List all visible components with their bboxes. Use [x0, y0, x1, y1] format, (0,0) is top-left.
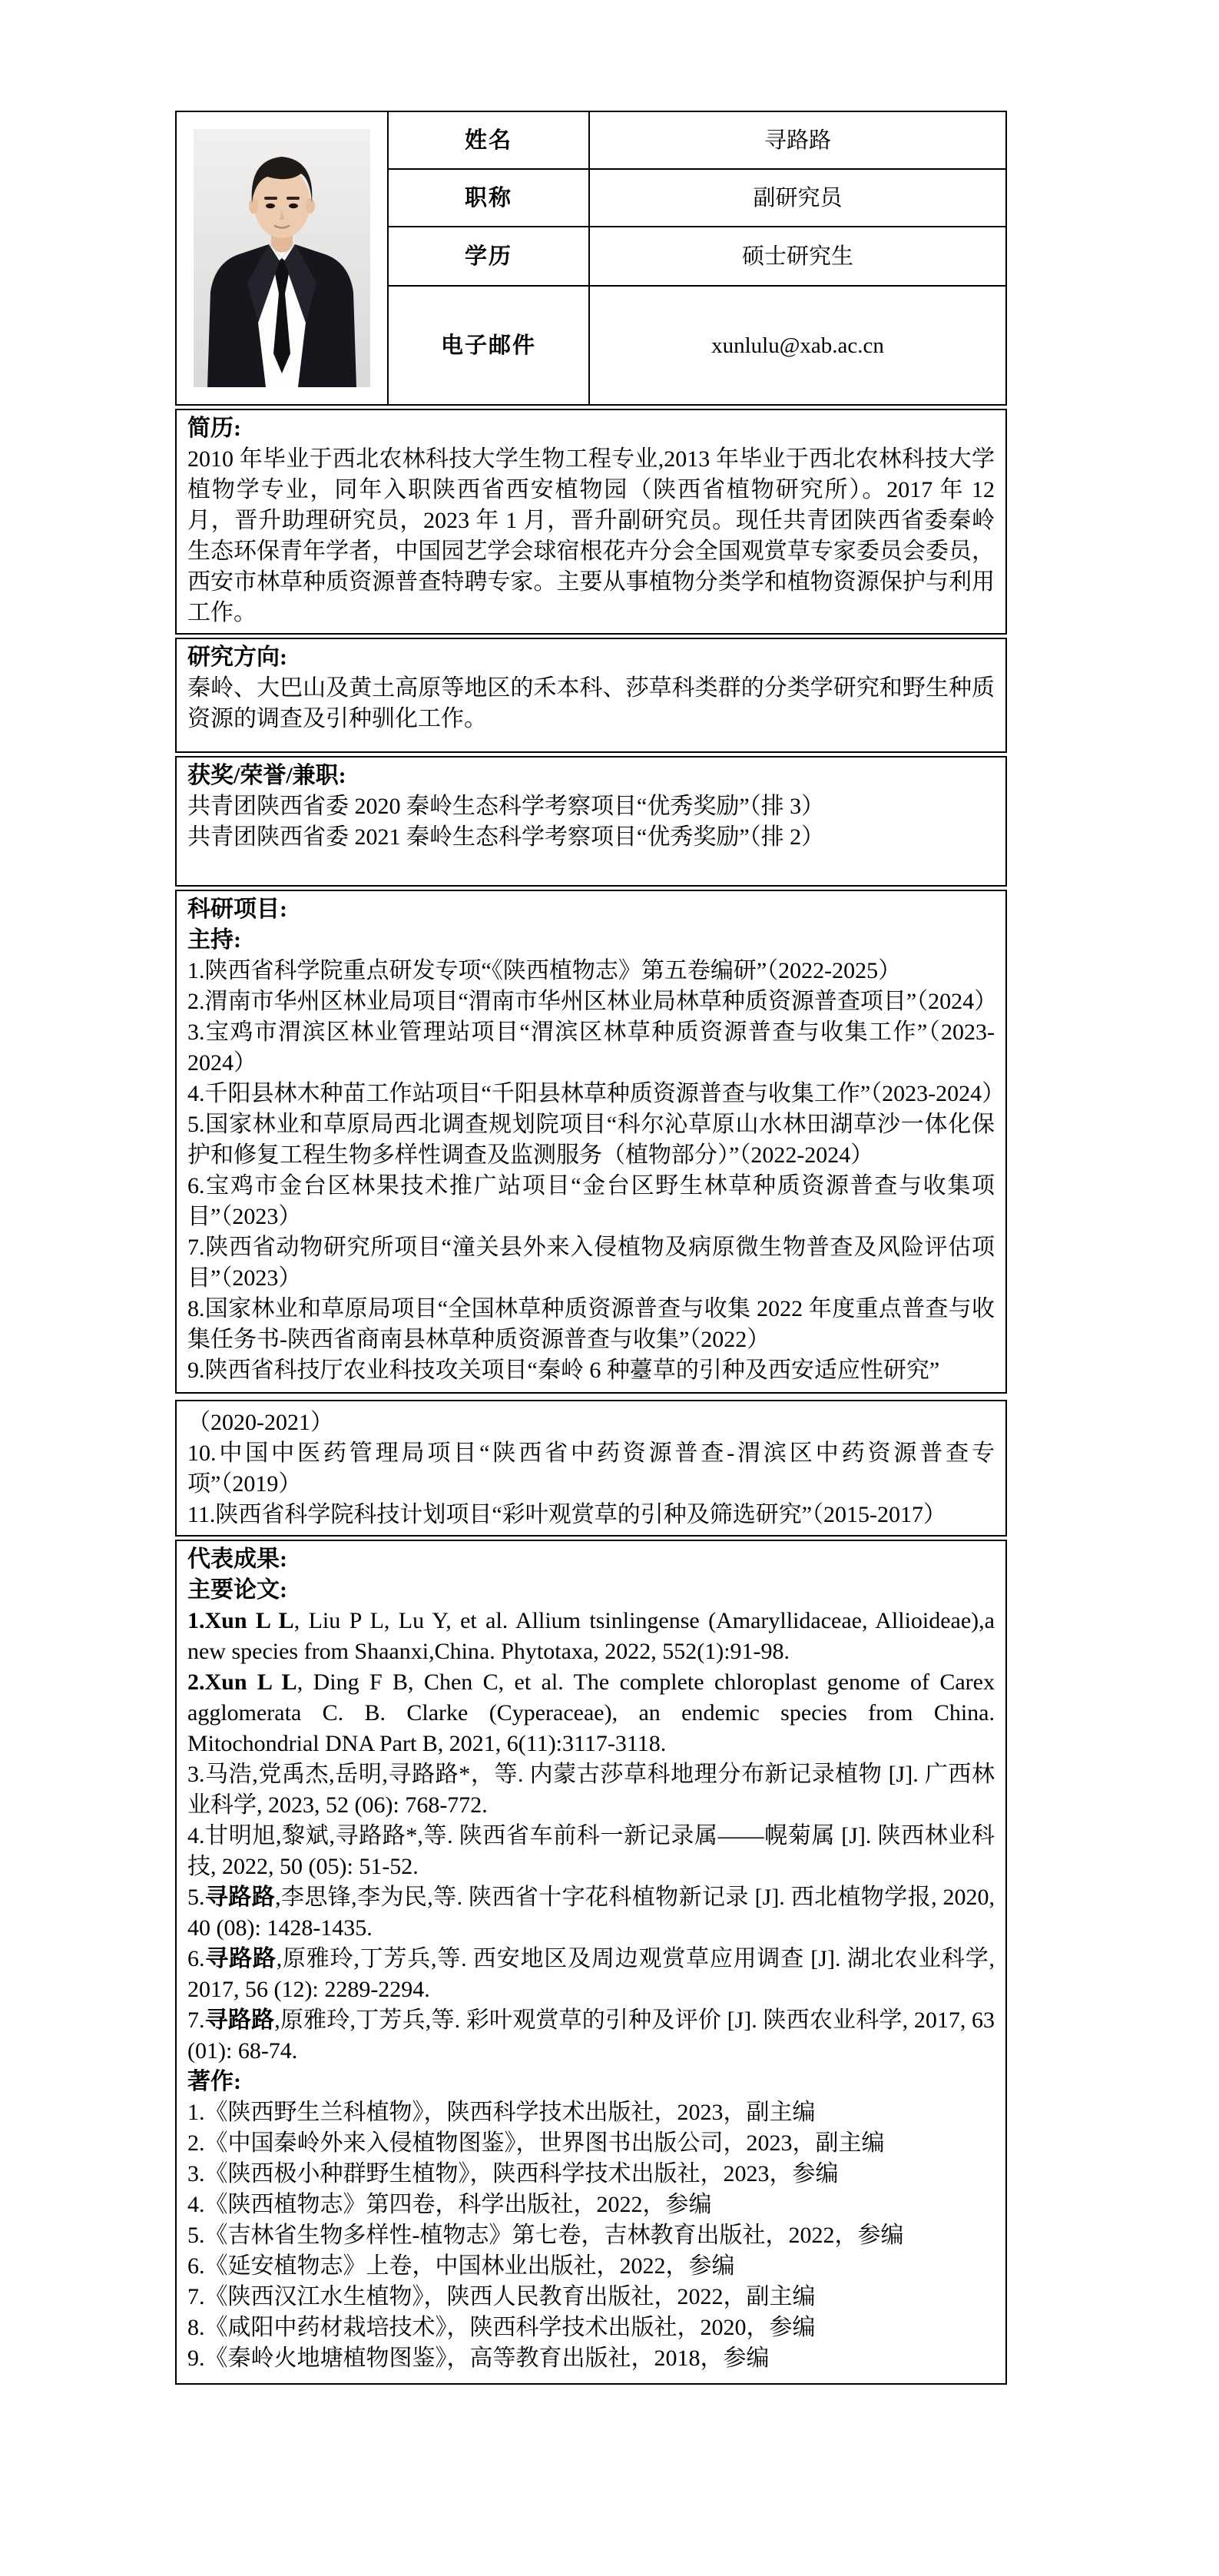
- book-item: 3.《陕西极小种群野生植物》，陕西科学技术出版社，2023，参编: [187, 2159, 995, 2190]
- research-text: 秦岭、大巴山及黄土高原等地区的禾本科、莎草科类群的分类学研究和野生种质资源的调查…: [187, 673, 995, 734]
- paper-reference: , Ding F B, Chen C, et al. The complete …: [187, 1669, 995, 1756]
- project-item: 4.千阳县林木种苗工作站项目“千阳县林草种质资源普查与收集工作”（2023-20…: [187, 1079, 995, 1109]
- book-item: 8.《咸阳中药材栽培技术》，陕西科学技术出版社，2020，参编: [187, 2312, 995, 2343]
- project-item: 9.陕西省科技厅农业科技攻关项目“秦岭 6 种薹草的引种及西安适应性研究”: [187, 1355, 995, 1386]
- field-label: 学历: [389, 227, 590, 287]
- award-item: 共青团陕西省委 2020 秦岭生态科学考察项目“优秀奖励”（排 3）: [187, 791, 995, 822]
- photo-cell: [177, 112, 389, 404]
- section-projects: 科研项目: 主持: 1.陕西省科学院重点研发专项“《陕西植物志》第五卷编研”（2…: [175, 890, 1007, 1394]
- project-item: 11.陕西省科学院科技计划项目“彩叶观赏草的引种及筛选研究”（2015-2017…: [187, 1500, 995, 1530]
- paper-authors-prefix: 6.: [187, 1946, 205, 1971]
- section-resume: 简历: 2010 年毕业于西北农林科技大学生物工程专业,2013 年毕业于西北农…: [175, 409, 1007, 635]
- paper-item: 2.Xun L L, Ding F B, Chen C, et al. The …: [187, 1667, 995, 1759]
- award-item: 共青团陕西省委 2021 秦岭生态科学考察项目“优秀奖励”（排 2）: [187, 822, 995, 853]
- paper-reference: ,原雅玲,丁芳兵,等. 彩叶观赏草的引种及评价 [J]. 陕西农业科学, 201…: [187, 2007, 995, 2064]
- paper-authors-prefix: 5.: [187, 1885, 205, 1910]
- paper-item: 5.寻路路,李思锋,李为民,等. 陕西省十字花科植物新记录 [J]. 西北植物学…: [187, 1882, 995, 1944]
- book-item: 7.《陕西汉江水生植物》，陕西人民教育出版社，2022，副主编: [187, 2282, 995, 2312]
- section-research-direction: 研究方向: 秦岭、大巴山及黄土高原等地区的禾本科、莎草科类群的分类学研究和野生种…: [175, 638, 1007, 753]
- resume-text: 2010 年毕业于西北农林科技大学生物工程专业,2013 年毕业于西北农林科技大…: [187, 444, 995, 628]
- books-list: 1.《陕西野生兰科植物》，陕西科学技术出版社，2023，副主编 2.《中国秦岭外…: [187, 2097, 995, 2374]
- paper-item: 3.马浩,党禹杰,岳明,寻路路*，等. 内蒙古莎草科地理分布新记录植物 [J].…: [187, 1759, 995, 1821]
- paper-highlight-author: 2.Xun L L: [187, 1669, 297, 1695]
- project-item: 8.国家林业和草原局项目“全国林草种质资源普查与收集 2022 年度重点普查与收…: [187, 1294, 995, 1355]
- research-title: 研究方向:: [187, 642, 995, 673]
- paper-authors-prefix: 3.马浩,党禹杰,岳明,寻路路*，等. 内蒙古莎草科地理分布新记录植物 [J].…: [187, 1762, 995, 1818]
- profile-document: 姓名 寻路路 职称 副研究员 学历 硕士研究生 电子邮件 xunlulu@xab…: [175, 111, 1007, 2385]
- field-label: 姓名: [389, 112, 590, 170]
- project-item: （2020-2021）: [187, 1407, 995, 1438]
- profile-header-table: 姓名 寻路路 职称 副研究员 学历 硕士研究生 电子邮件 xunlulu@xab…: [175, 111, 1007, 406]
- paper-reference: ,李思锋,李为民,等. 陕西省十字花科植物新记录 [J]. 西北植物学报, 20…: [187, 1885, 995, 1941]
- book-item: 4.《陕西植物志》第四卷，科学出版社，2022，参编: [187, 2190, 995, 2220]
- section-awards: 获奖/荣誉/兼职: 共青团陕西省委 2020 秦岭生态科学考察项目“优秀奖励”（…: [175, 756, 1007, 887]
- achievements-title: 代表成果:: [187, 1544, 995, 1575]
- paper-highlight-author: 1.Xun L L: [187, 1608, 294, 1633]
- paper-item: 7.寻路路,原雅玲,丁芳兵,等. 彩叶观赏草的引种及评价 [J]. 陕西农业科学…: [187, 2005, 995, 2067]
- projects-list-part1: 1.陕西省科学院重点研发专项“《陕西植物志》第五卷编研”（2022-2025） …: [187, 956, 995, 1386]
- paper-reference: , Liu P L, Lu Y, et al. Allium tsinlinge…: [187, 1608, 995, 1664]
- projects-title: 科研项目:: [187, 894, 995, 925]
- portrait-photo: [194, 129, 370, 387]
- field-label: 职称: [389, 170, 590, 227]
- paper-item: 6.寻路路,原雅玲,丁芳兵,等. 西安地区及周边观赏草应用调查 [J]. 湖北农…: [187, 1944, 995, 2005]
- books-title: 著作:: [187, 2067, 995, 2097]
- book-item: 5.《吉林省生物多样性-植物志》第七卷，吉林教育出版社，2022，参编: [187, 2220, 995, 2251]
- paper-highlight-author: 寻路路: [205, 1885, 276, 1910]
- section-projects-continued: （2020-2021） 10.中国中医药管理局项目“陕西省中药资源普查-渭滨区中…: [175, 1400, 1007, 1537]
- book-item: 9.《秦岭火地塘植物图鉴》，高等教育出版社，2018，参编: [187, 2343, 995, 2374]
- paper-reference: ,原雅玲,丁芳兵,等. 西安地区及周边观赏草应用调查 [J]. 湖北农业科学, …: [187, 1946, 995, 2002]
- paper-authors-prefix: 4.甘明旭,黎斌,寻路路*,等. 陕西省车前科一新记录属——幌菊属 [J]. 陕…: [187, 1823, 995, 1879]
- project-item: 2.渭南市华州区林业局项目“渭南市华州区林业局林草种质资源普查项目”（2024）: [187, 986, 995, 1017]
- field-value: 副研究员: [590, 170, 1005, 227]
- papers-title: 主要论文:: [187, 1575, 995, 1606]
- book-item: 1.《陕西野生兰科植物》，陕西科学技术出版社，2023，副主编: [187, 2097, 995, 2128]
- book-item: 6.《延安植物志》上卷，中国林业出版社，2022，参编: [187, 2251, 995, 2282]
- section-achievements: 代表成果: 主要论文: 1.Xun L L, Liu P L, Lu Y, et…: [175, 1540, 1007, 2385]
- profile-page: { "profile": { "photo": {"name": "portra…: [0, 0, 1219, 2576]
- book-item: 2.《中国秦岭外来入侵植物图鉴》，世界图书出版公司，2023，副主编: [187, 2128, 995, 2159]
- project-item: 5.国家林业和草原局西北调查规划院项目“科尔沁草原山水林田湖草沙一体化保护和修复…: [187, 1109, 995, 1171]
- resume-title: 简历:: [187, 413, 995, 444]
- paper-highlight-author: 寻路路: [205, 1946, 277, 1971]
- project-item: 7.陕西省动物研究所项目“潼关县外来入侵植物及病原微生物普查及风险评估项目”（2…: [187, 1232, 995, 1294]
- projects-list-part2: （2020-2021） 10.中国中医药管理局项目“陕西省中药资源普查-渭滨区中…: [187, 1407, 995, 1530]
- paper-highlight-author: 寻路路: [205, 2007, 275, 2033]
- awards-list: 共青团陕西省委 2020 秦岭生态科学考察项目“优秀奖励”（排 3） 共青团陕西…: [187, 791, 995, 853]
- paper-item: 4.甘明旭,黎斌,寻路路*,等. 陕西省车前科一新记录属——幌菊属 [J]. 陕…: [187, 1821, 995, 1882]
- field-label: 电子邮件: [389, 287, 590, 404]
- project-item: 10.中国中医药管理局项目“陕西省中药资源普查-渭滨区中药资源普查专项”（201…: [187, 1438, 995, 1500]
- projects-subtitle: 主持:: [187, 925, 995, 956]
- project-item: 1.陕西省科学院重点研发专项“《陕西植物志》第五卷编研”（2022-2025）: [187, 956, 995, 986]
- project-item: 3.宝鸡市渭滨区林业管理站项目“渭滨区林草种质资源普查与收集工作”（2023-2…: [187, 1017, 995, 1079]
- paper-authors-prefix: 7.: [187, 2007, 205, 2033]
- awards-title: 获奖/荣誉/兼职:: [187, 761, 995, 791]
- project-item: 6.宝鸡市金台区林果技术推广站项目“金台区野生林草种质资源普查与收集项目”（20…: [187, 1171, 995, 1232]
- field-value: xunlulu@xab.ac.cn: [590, 287, 1005, 404]
- papers-list: 1.Xun L L, Liu P L, Lu Y, et al. Allium …: [187, 1606, 995, 2067]
- field-value: 硕士研究生: [590, 227, 1005, 287]
- field-value: 寻路路: [590, 112, 1005, 170]
- paper-item: 1.Xun L L, Liu P L, Lu Y, et al. Allium …: [187, 1606, 995, 1667]
